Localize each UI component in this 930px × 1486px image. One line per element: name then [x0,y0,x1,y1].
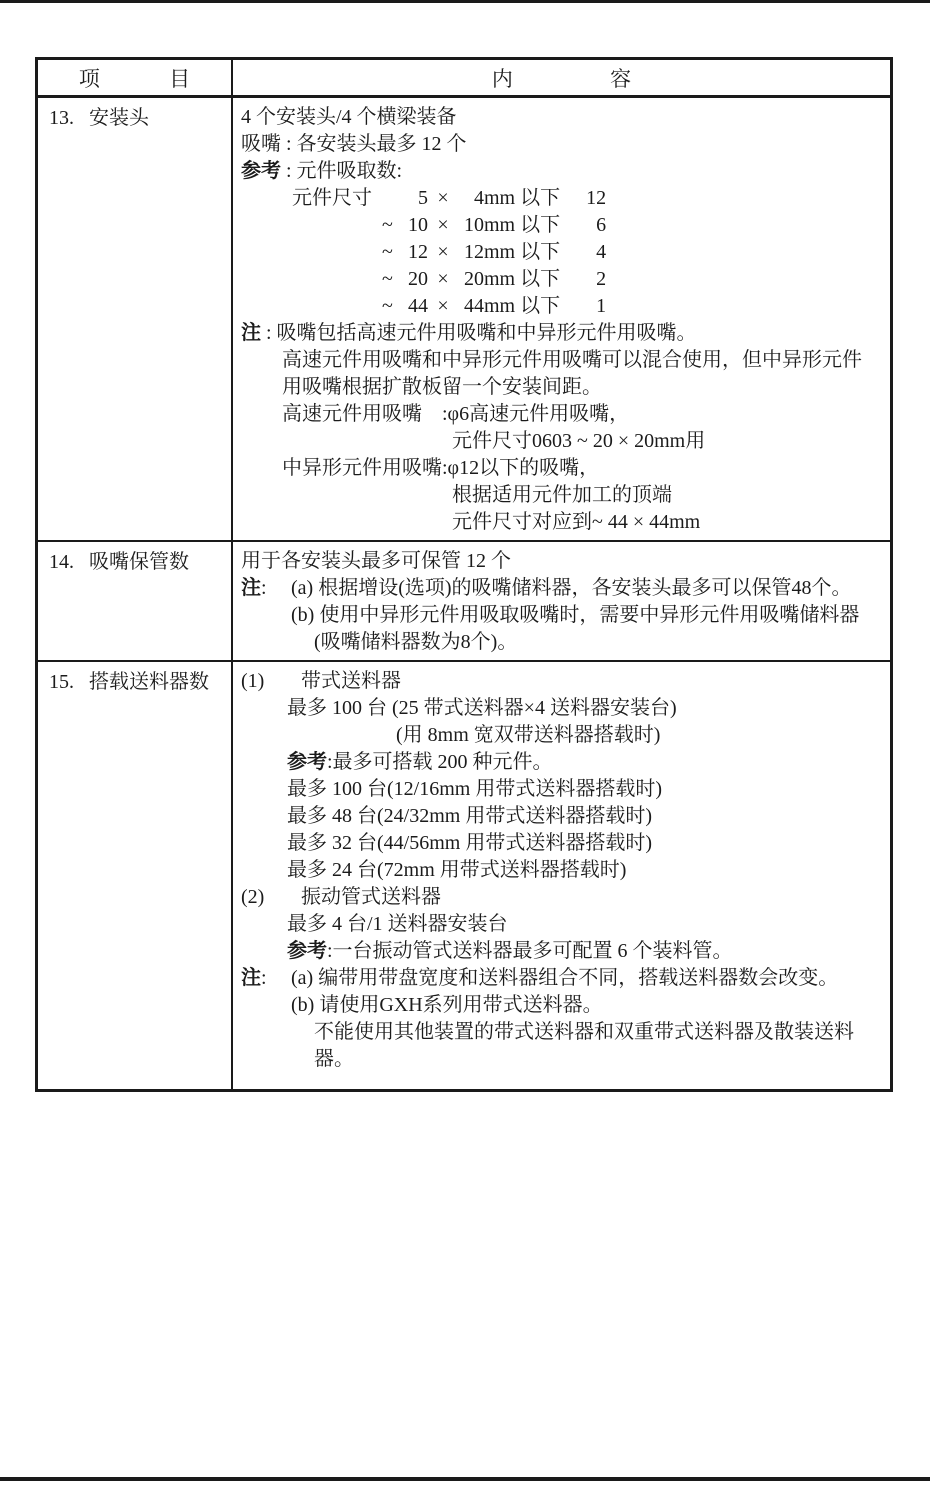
spec-line: 用吸嘴根据扩散板留一个安装间距。 [241,374,880,401]
document-page: 项 目 内 容 13.安装头4 个安装头/4 个横梁装备吸嘴 : 各安装头最多 … [0,0,930,1486]
size-value-1: 20 [404,266,428,293]
size-unit: mm 以下 [484,187,560,209]
spec-line: 高速元件用吸嘴:φ6高速元件用吸嘴， [241,401,880,428]
text-run: 用于各安装头最多可保管 12 个 [241,550,511,572]
pickup-count: 4 [560,239,606,266]
size-value-2: 20 [458,266,484,293]
text-run: 4 个安装头/4 个横梁装备 [241,106,457,128]
list-title: 带式送料器 [301,670,401,692]
spec-line: 注 : 吸嘴包括高速元件用吸嘴和中异形元件用吸嘴。 [241,320,880,347]
spec-line: ~20×20mm 以下2 [241,266,880,293]
multiply-sign: × [428,293,458,320]
text-run: 参考 [287,940,327,962]
spec-line: ~12×12mm 以下4 [241,239,880,266]
size-value-2: 4 [458,185,484,212]
text-run: 元件尺寸对应到~ 44 × 44mm [452,511,700,533]
table-body: 13.安装头4 个安装头/4 个横梁装备吸嘴 : 各安装头最多 12 个参考 :… [38,98,890,1089]
item-name: 吸嘴保管数 [89,551,189,573]
item-name: 搭载送料器数 [89,671,209,693]
item-cell: 13.安装头 [38,98,233,540]
text-run: 参考 [241,160,281,182]
text-run: (b) 使用中异形元件用吸取吸嘴时，需要中异形元件用吸嘴储料器 [291,604,859,626]
text-run: 最多 24 台(72mm 用带式送料器搭载时) [287,859,626,881]
definition-value: :φ12以下的吸嘴， [442,457,599,479]
spec-line: 注:(a) 编带用带盘宽度和送料器组合不同，搭载送料器数会改变。 [241,965,880,992]
spec-line: 元件尺寸5×4mm 以下12 [241,185,880,212]
text-run: 高速元件用吸嘴和中异形元件用吸嘴可以混合使用，但中异形元件 [282,349,862,371]
spec-line: 最多 100 台(12/16mm 用带式送料器搭载时) [241,776,880,803]
text-run: 器。 [314,1048,354,1070]
text-run: :一台振动管式送料器最多可配置 6 个装料管。 [327,940,733,962]
spec-line: 不能使用其他装置的带式送料器和双重带式送料器及散装送料 [241,1019,880,1046]
text-run: 注 [241,967,261,989]
note-body: (a) 编带用带盘宽度和送料器组合不同，搭载送料器数会改变。 [291,967,838,989]
tilde-symbol: ~ [382,266,404,293]
spec-line: ~44×44mm 以下1 [241,293,880,320]
spec-line: 吸嘴 : 各安装头最多 12 个 [241,131,880,158]
definition-value: :φ6高速元件用吸嘴， [442,403,629,425]
text-run: : 吸嘴包括高速元件用吸嘴和中异形元件用吸嘴。 [261,322,697,344]
size-value-2: 12 [458,239,484,266]
spec-line: 中异形元件用吸嘴:φ12以下的吸嘴， [241,455,880,482]
size-value-2: 44 [458,293,484,320]
spec-line: 最多 100 台 (25 带式送料器×4 送料器安装台) [241,695,880,722]
spec-line: (b) 使用中异形元件用吸取吸嘴时，需要中异形元件用吸嘴储料器 [241,602,880,629]
spec-line: (吸嘴储料器数为8个)。 [241,629,880,656]
text-run: 最多 32 台(44/56mm 用带式送料器搭载时) [287,832,652,854]
multiply-sign: × [428,239,458,266]
header-item-column: 项 目 [38,60,233,95]
spec-line: 最多 24 台(72mm 用带式送料器搭载时) [241,857,880,884]
note-marker: 注: [241,575,291,602]
item-name: 安装头 [89,107,149,129]
size-value-2: 10 [458,212,484,239]
spec-line: 高速元件用吸嘴和中异形元件用吸嘴可以混合使用，但中异形元件 [241,347,880,374]
text-run: 注 [241,577,261,599]
definition-label: 高速元件用吸嘴 [282,401,442,428]
table-row: 14.吸嘴保管数用于各安装头最多可保管 12 个注:(a) 根据增设(选项)的吸… [38,540,890,660]
page-top-rule [0,0,930,3]
text-run: 根据适用元件加工的顶端 [452,484,672,506]
pickup-count: 1 [560,293,606,320]
item-number: 14. [49,549,89,576]
item-cell: 15.搭载送料器数 [38,662,233,1089]
spec-line: ~10×10mm 以下6 [241,212,880,239]
tilde-symbol: ~ [382,293,404,320]
content-cell: (1)带式送料器最多 100 台 (25 带式送料器×4 送料器安装台)(用 8… [233,662,890,1089]
size-value-1: 12 [404,239,428,266]
multiply-sign: × [428,212,458,239]
header-content-column: 内 容 [233,60,890,95]
list-marker: (2) [241,884,301,911]
spec-line: (用 8mm 宽双带送料器搭载时) [241,722,880,749]
multiply-sign: × [428,185,458,212]
table-header-row: 项 目 内 容 [38,60,890,98]
header-content-label: 内 容 [492,63,677,93]
pickup-count: 6 [560,212,606,239]
size-value-1: 44 [404,293,428,320]
spec-line: 参考:最多可搭载 200 种元件。 [241,749,880,776]
pickup-count: 2 [560,266,606,293]
spec-line: 注:(a) 根据增设(选项)的吸嘴储料器，各安装头最多可以保管48个。 [241,575,880,602]
tilde-symbol: ~ [382,239,404,266]
spec-line: 最多 4 台/1 送料器安装台 [241,911,880,938]
text-run: (用 8mm 宽双带送料器搭载时) [396,724,660,746]
list-title: 振动管式送料器 [301,886,441,908]
spec-line: (2)振动管式送料器 [241,884,880,911]
multiply-sign: × [428,266,458,293]
note-body: (a) 根据增设(选项)的吸嘴储料器，各安装头最多可以保管48个。 [291,577,852,599]
size-unit: mm 以下 [484,295,560,317]
text-run: : [261,967,267,989]
size-table-label: 元件尺寸 [241,185,382,212]
spec-line: (1)带式送料器 [241,668,880,695]
tilde-symbol: ~ [382,212,404,239]
content-cell: 用于各安装头最多可保管 12 个注:(a) 根据增设(选项)的吸嘴储料器，各安装… [233,542,890,660]
spec-line: 参考:一台振动管式送料器最多可配置 6 个装料管。 [241,938,880,965]
spec-line: 最多 32 台(44/56mm 用带式送料器搭载时) [241,830,880,857]
note-marker: 注: [241,965,291,992]
item-number: 15. [49,669,89,696]
size-unit: mm 以下 [484,241,560,263]
definition-label: 中异形元件用吸嘴 [282,455,442,482]
header-item-label: 项 目 [79,63,222,93]
text-run: : [261,577,267,599]
text-run: 元件尺寸0603 ~ 20 × 20mm用 [452,430,705,452]
text-run: 用吸嘴根据扩散板留一个安装间距。 [282,376,602,398]
spec-line: 用于各安装头最多可保管 12 个 [241,548,880,575]
list-marker: (1) [241,668,301,695]
text-run: 最多 100 台 (25 带式送料器×4 送料器安装台) [287,697,677,719]
spec-line: 最多 48 台(24/32mm 用带式送料器搭载时) [241,803,880,830]
item-number: 13. [49,105,89,132]
spec-line: 4 个安装头/4 个横梁装备 [241,104,880,131]
size-value-1: 5 [404,185,428,212]
content-cell: 4 个安装头/4 个横梁装备吸嘴 : 各安装头最多 12 个参考 : 元件吸取数… [233,98,890,540]
table-row: 13.安装头4 个安装头/4 个横梁装备吸嘴 : 各安装头最多 12 个参考 :… [38,98,890,540]
page-bottom-rule [0,1477,930,1481]
text-run: :最多可搭载 200 种元件。 [327,751,553,773]
spec-line: 根据适用元件加工的顶端 [241,482,880,509]
text-run: 最多 4 台/1 送料器安装台 [287,913,508,935]
text-run: 吸嘴 : 各安装头最多 12 个 [241,133,467,155]
spec-line: 参考 : 元件吸取数: [241,158,880,185]
pickup-count: 12 [560,185,606,212]
size-value-1: 10 [404,212,428,239]
text-run: 不能使用其他装置的带式送料器和双重带式送料器及散装送料 [314,1021,854,1043]
spec-line: 元件尺寸0603 ~ 20 × 20mm用 [241,428,880,455]
text-run: 最多 48 台(24/32mm 用带式送料器搭载时) [287,805,652,827]
size-unit: mm 以下 [484,268,560,290]
text-run: 参考 [287,751,327,773]
text-run: 注 [241,322,261,344]
size-unit: mm 以下 [484,214,560,236]
spec-line: 器。 [241,1046,880,1073]
text-run: (吸嘴储料器数为8个)。 [314,631,517,653]
spec-line: (b) 请使用GXH系列用带式送料器。 [241,992,880,1019]
spec-line: 元件尺寸对应到~ 44 × 44mm [241,509,880,536]
text-run: : 元件吸取数: [281,160,402,182]
table-row: 15.搭载送料器数(1)带式送料器最多 100 台 (25 带式送料器×4 送料… [38,660,890,1089]
item-cell: 14.吸嘴保管数 [38,542,233,660]
text-run: 最多 100 台(12/16mm 用带式送料器搭载时) [287,778,662,800]
text-run: (b) 请使用GXH系列用带式送料器。 [291,994,603,1016]
spec-table: 项 目 内 容 13.安装头4 个安装头/4 个横梁装备吸嘴 : 各安装头最多 … [35,57,893,1092]
